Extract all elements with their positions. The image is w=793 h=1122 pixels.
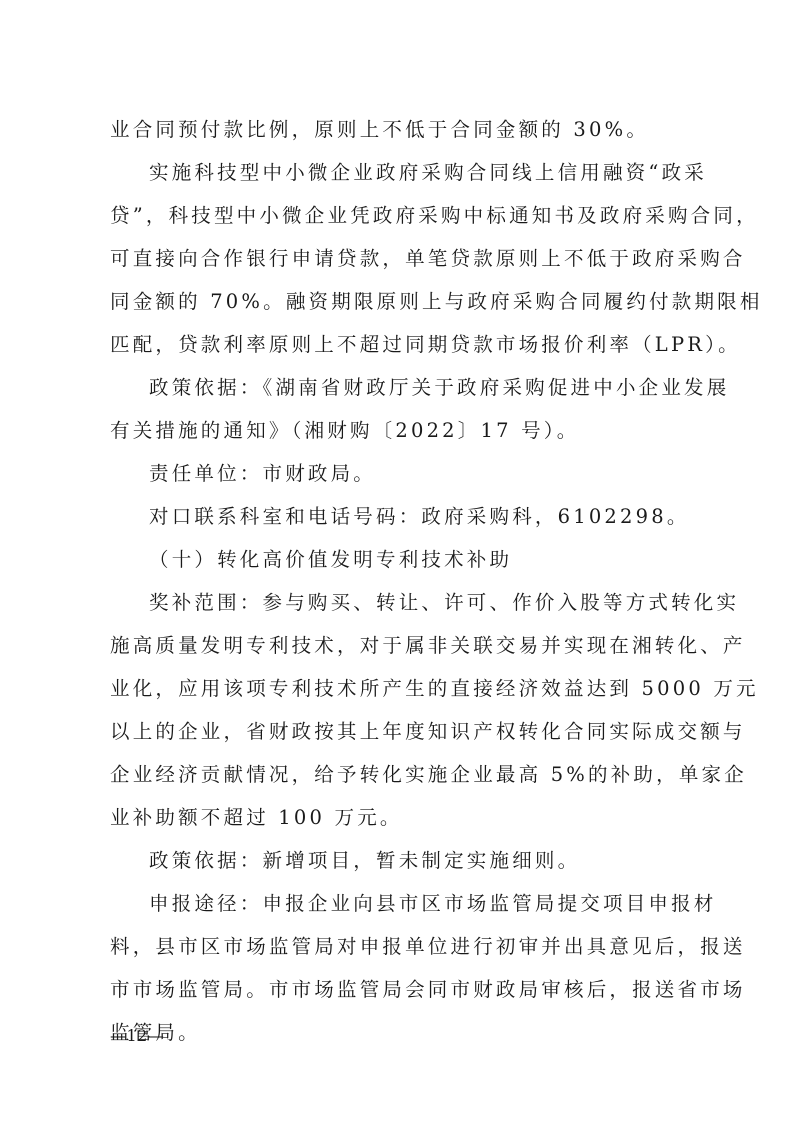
page-number: —12—	[110, 1026, 164, 1045]
paragraph-line: 有关措施的通知》（湘财购〔2022〕17 号）。	[110, 419, 579, 443]
paragraph-line: 市市场监管局。市市场监管局会同市财政局审核后，报送省市场	[110, 978, 746, 1002]
paragraph-line: 业化，应用该项专利技术所产生的直接经济效益达到 5000 万元	[110, 677, 759, 701]
paragraph-line: 业合同预付款比例，原则上不低于合同金额的 30%。	[110, 118, 649, 142]
paragraph-line: 实施科技型中小微企业政府采购合同线上信用融资“政采	[149, 161, 707, 185]
paragraph-line: 料，县市区市场监管局对申报单位进行初审并出具意见后，报送	[110, 935, 746, 959]
paragraph-line: 施高质量发明专利技术，对于属非关联交易并实现在湘转化、产	[110, 634, 746, 658]
application-route-line: 申报途径：申报企业向县市区市场监管局提交项目申报材	[149, 892, 717, 916]
paragraph-line: 匹配，贷款利率原则上不超过同期贷款市场报价利率（LPR）。	[110, 333, 741, 357]
contact-line: 对口联系科室和电话号码：政府采购科，6102298。	[149, 505, 690, 529]
paragraph-line: 同金额的 70%。融资期限原则上与政府采购合同履约付款期限相	[110, 290, 763, 314]
paragraph-line: 企业经济贡献情况，给予转化实施企业最高 5%的补助，单家企	[110, 763, 747, 787]
paragraph-line: 以上的企业，省财政按其上年度知识产权转化合同实际成交额与	[110, 720, 746, 744]
policy-basis-line: 政策依据：新增项目，暂未制定实施细则。	[149, 849, 580, 873]
subsidy-scope-line: 奖补范围：参与购买、转让、许可、作价入股等方式转化实	[149, 591, 739, 615]
section-heading: （十）转化高价值发明专利技术补助	[149, 548, 512, 572]
paragraph-line: 业补助额不超过 100 万元。	[110, 806, 403, 830]
responsible-unit-line: 责任单位：市财政局。	[149, 462, 376, 486]
paragraph-line: 贷”，科技型中小微企业凭政府采购中标通知书及政府采购合同，	[110, 204, 759, 228]
paragraph-line: 可直接向合作银行申请贷款，单笔贷款原则上不低于政府采购合	[110, 247, 746, 271]
policy-basis-line: 政策依据：《湖南省财政厅关于政府采购促进中小企业发展	[149, 376, 729, 400]
